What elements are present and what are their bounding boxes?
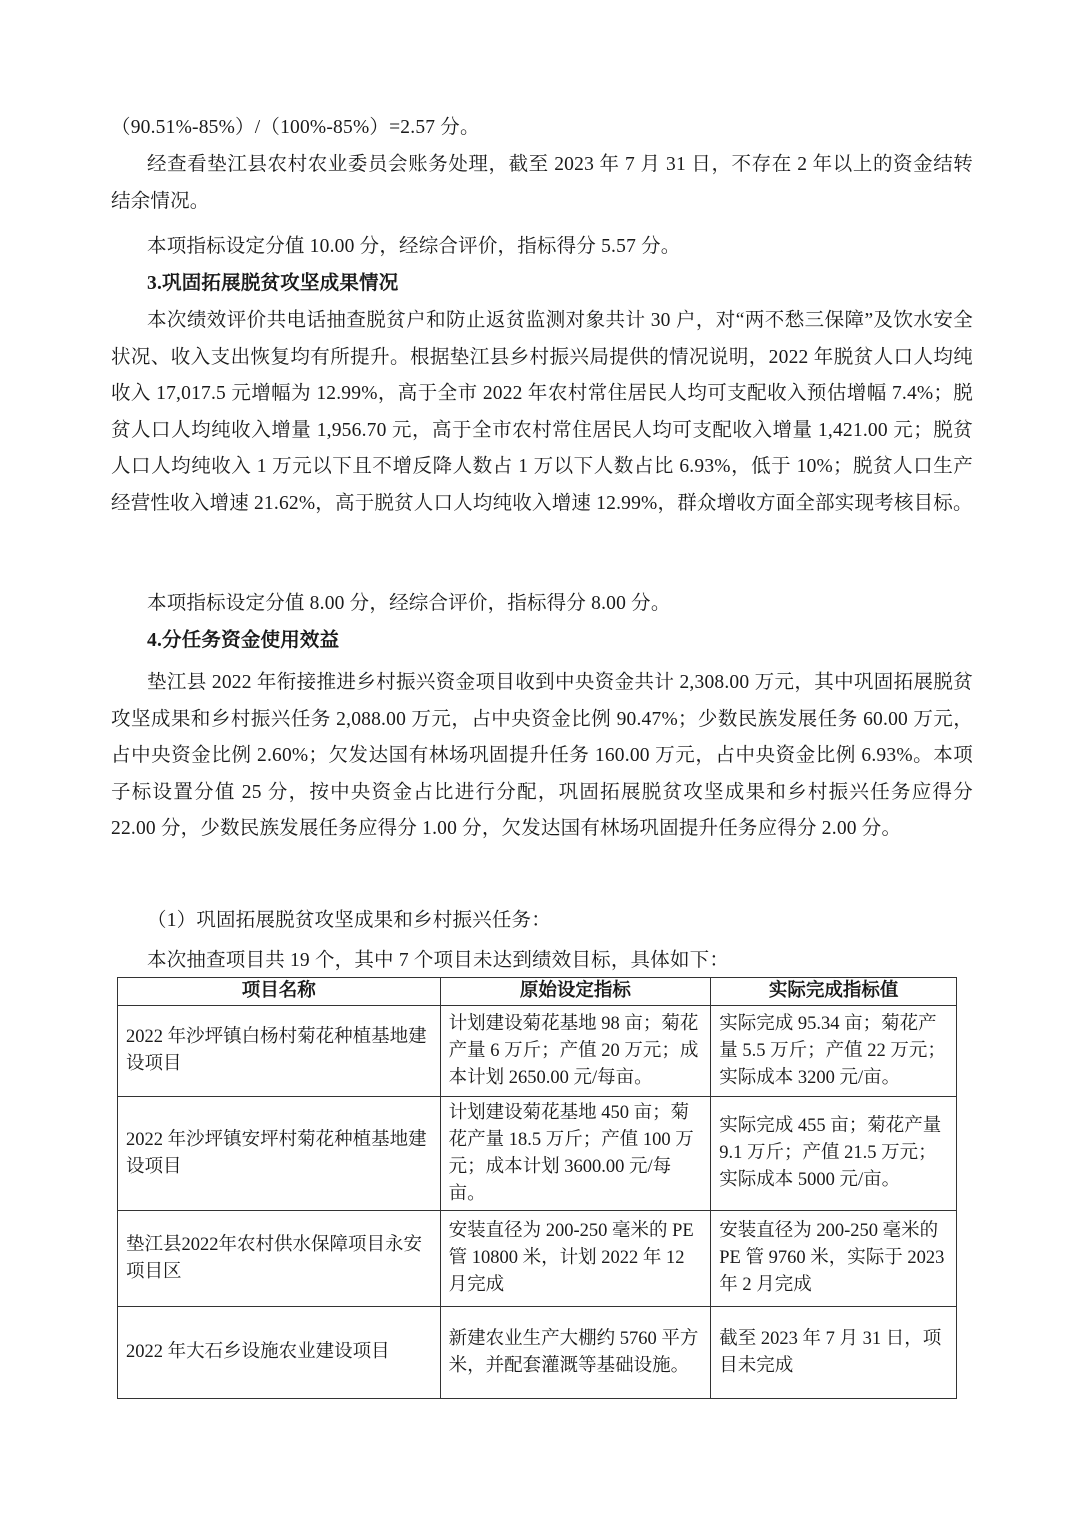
subsection-heading-1: （1）巩固拓展脱贫攻坚成果和乡村振兴任务： bbox=[111, 903, 973, 940]
table-header-row: 项目名称 原始设定指标 实际完成指标值 bbox=[118, 978, 957, 1006]
table-row: 垫江县2022年农村供水保障项目永安项目区 安装直径为 200-250 毫米的 … bbox=[118, 1211, 957, 1307]
paragraph-score-1: 本项指标设定分值 10.00 分，经综合评价，指标得分 5.57 分。 bbox=[111, 229, 973, 266]
header-actual-value: 实际完成指标值 bbox=[711, 978, 957, 1006]
cell-actual-value: 实际完成 95.34 亩；菊花产量 5.5 万斤；产值 22 万元；实际成本 3… bbox=[711, 1006, 957, 1097]
section-heading-3: 3.巩固拓展脱贫攻坚成果情况 bbox=[111, 266, 973, 303]
cell-actual-value: 实际完成 455 亩；菊花产量 9.1 万斤；产值 21.5 万元；实际成本 5… bbox=[711, 1097, 957, 1211]
cell-actual-value: 安装直径为 200-250 毫米的 PE 管 9760 米，实际于 2023 年… bbox=[711, 1211, 957, 1307]
cell-original-target: 安装直径为 200-250 毫米的 PE 管 10800 米，计划 2022 年… bbox=[440, 1211, 711, 1307]
header-original-target: 原始设定指标 bbox=[440, 978, 711, 1006]
projects-table: 项目名称 原始设定指标 实际完成指标值 2022 年沙坪镇白杨村菊花种植基地建设… bbox=[117, 977, 957, 1399]
cell-original-target: 计划建设菊花基地 98 亩；菊花产量 6 万斤；产值 20 万元；成本计划 26… bbox=[440, 1006, 711, 1097]
paragraph-sample-intro: 本次抽查项目共 19 个，其中 7 个项目未达到绩效目标，具体如下： bbox=[111, 943, 973, 980]
document-page: （90.51%-85%）/（100%-85%）=2.57 分。 经查看垫江县农村… bbox=[0, 0, 1074, 1520]
paragraph-score-2: 本项指标设定分值 8.00 分，经综合评价，指标得分 8.00 分。 bbox=[111, 586, 973, 623]
cell-project-name: 垫江县2022年农村供水保障项目永安项目区 bbox=[118, 1211, 441, 1307]
table-row: 2022 年沙坪镇安坪村菊花种植基地建设项目 计划建设菊花基地 450 亩；菊花… bbox=[118, 1097, 957, 1211]
paragraph-poverty-results: 本次绩效评价共电话抽查脱贫户和防止返贫监测对象共计 30 户，对“两不愁三保障”… bbox=[111, 303, 973, 522]
cell-project-name: 2022 年沙坪镇安坪村菊花种植基地建设项目 bbox=[118, 1097, 441, 1211]
paragraph-fund-balance: 经查看垫江县农村农业委员会账务处理，截至 2023 年 7 月 31 日，不存在… bbox=[111, 147, 973, 220]
cell-project-name: 2022 年大石乡设施农业建设项目 bbox=[118, 1307, 441, 1399]
cell-original-target: 新建农业生产大棚约 5760 平方米，并配套灌溉等基础设施。 bbox=[440, 1307, 711, 1399]
table-row: 2022 年沙坪镇白杨村菊花种植基地建设项目 计划建设菊花基地 98 亩；菊花产… bbox=[118, 1006, 957, 1097]
paragraph-fund-allocation: 垫江县 2022 年衔接推进乡村振兴资金项目收到中央资金共计 2,308.00 … bbox=[111, 665, 973, 848]
cell-actual-value: 截至 2023 年 7 月 31 日，项目未完成 bbox=[711, 1307, 957, 1399]
header-project-name: 项目名称 bbox=[118, 978, 441, 1006]
cell-original-target: 计划建设菊花基地 450 亩；菊花产量 18.5 万斤；产值 100 万元；成本… bbox=[440, 1097, 711, 1211]
section-heading-4: 4.分任务资金使用效益 bbox=[111, 623, 973, 660]
cell-project-name: 2022 年沙坪镇白杨村菊花种植基地建设项目 bbox=[118, 1006, 441, 1097]
formula-line: （90.51%-85%）/（100%-85%）=2.57 分。 bbox=[111, 110, 973, 147]
table-row: 2022 年大石乡设施农业建设项目 新建农业生产大棚约 5760 平方米，并配套… bbox=[118, 1307, 957, 1399]
